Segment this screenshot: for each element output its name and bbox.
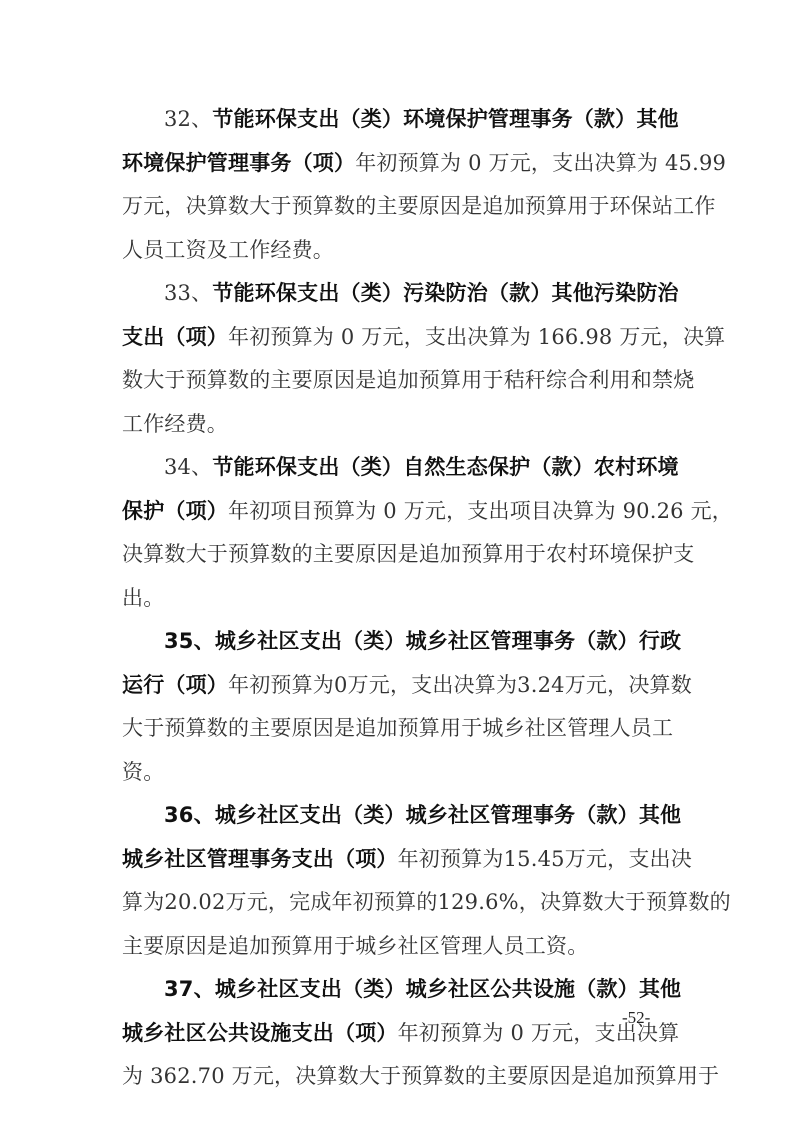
text-line: 35、城乡社区支出（类）城乡社区管理事务（款）行政	[122, 620, 664, 664]
text-line: 城乡社区公共设施支出（项）年初预算为 0 万元，支出决算	[122, 1012, 664, 1056]
body-text: 32、	[164, 107, 212, 131]
text-line: 决算数大于预算数的主要原因是追加预算用于农村环境保护支	[122, 533, 664, 577]
body-text: 数大于预算数的主要原因是追加预算用于秸秆综合利用和禁烧	[122, 368, 694, 392]
body-text: 主要原因是追加预算用于城乡社区管理人员工资。	[122, 934, 588, 958]
paragraph-item-37: 37、城乡社区支出（类）城乡社区公共设施（款）其他城乡社区公共设施支出（项）年初…	[122, 968, 664, 1099]
heading-text: 36、城乡社区支出（类）城乡社区管理事务（款）其他	[164, 803, 681, 827]
heading-text: 节能环保支出（类）自然生态保护（款）农村环境	[212, 455, 678, 479]
body-text: 人员工资及工作经费。	[122, 238, 334, 262]
text-line: 32、节能环保支出（类）环境保护管理事务（款）其他	[122, 98, 664, 142]
text-line: 算为20.02万元，完成年初预算的129.6%，决算数大于预算数的	[122, 881, 664, 925]
heading-text: 保护（项）	[122, 499, 228, 523]
text-line: 支出（项）年初预算为 0 万元，支出决算为 166.98 万元，决算	[122, 316, 664, 360]
body-text: 年初预算为0万元，支出决算为3.24万元，决算数	[228, 673, 692, 697]
paragraph-item-33: 33、节能环保支出（类）污染防治（款）其他污染防治支出（项）年初预算为 0 万元…	[122, 272, 664, 446]
text-line: 大于预算数的主要原因是追加预算用于城乡社区管理人员工	[122, 707, 664, 751]
body-text: 34、	[164, 455, 212, 479]
body-text: 年初项目预算为 0 万元，支出项目决算为 90.26 元，	[228, 499, 733, 523]
body-text: 决算数大于预算数的主要原因是追加预算用于农村环境保护支	[122, 542, 694, 566]
text-line: 主要原因是追加预算用于城乡社区管理人员工资。	[122, 925, 664, 969]
text-line: 出。	[122, 577, 664, 621]
paragraph-item-36: 36、城乡社区支出（类）城乡社区管理事务（款）其他城乡社区管理事务支出（项）年初…	[122, 794, 664, 968]
body-text: 33、	[164, 281, 212, 305]
body-text: 工作经费。	[122, 412, 228, 436]
body-text: 万元，决算数大于预算数的主要原因是追加预算用于环保站工作	[122, 194, 716, 218]
heading-text: 城乡社区管理事务支出（项）	[122, 847, 398, 871]
heading-text: 支出（项）	[122, 325, 228, 349]
text-line: 37、城乡社区支出（类）城乡社区公共设施（款）其他	[122, 968, 664, 1012]
heading-text: 节能环保支出（类）污染防治（款）其他污染防治	[212, 281, 678, 305]
text-line: 数大于预算数的主要原因是追加预算用于秸秆综合利用和禁烧	[122, 359, 664, 403]
heading-text: 节能环保支出（类）环境保护管理事务（款）其他	[212, 107, 678, 131]
body-text: 算为20.02万元，完成年初预算的129.6%，决算数大于预算数的	[122, 890, 731, 914]
text-line: 33、节能环保支出（类）污染防治（款）其他污染防治	[122, 272, 664, 316]
body-text: 年初预算为 0 万元，支出决算为 45.99	[355, 151, 726, 175]
text-line: 运行（项）年初预算为0万元，支出决算为3.24万元，决算数	[122, 664, 664, 708]
heading-text: 运行（项）	[122, 673, 228, 697]
text-line: 万元，决算数大于预算数的主要原因是追加预算用于环保站工作	[122, 185, 664, 229]
paragraph-item-35: 35、城乡社区支出（类）城乡社区管理事务（款）行政运行（项）年初预算为0万元，支…	[122, 620, 664, 794]
text-line: 36、城乡社区支出（类）城乡社区管理事务（款）其他	[122, 794, 664, 838]
heading-text: 37、城乡社区支出（类）城乡社区公共设施（款）其他	[164, 977, 681, 1001]
text-line: 保护（项）年初项目预算为 0 万元，支出项目决算为 90.26 元，	[122, 490, 664, 534]
heading-text: 环境保护管理事务（项）	[122, 151, 355, 175]
text-line: 人员工资及工作经费。	[122, 229, 664, 273]
document-body: 32、节能环保支出（类）环境保护管理事务（款）其他环境保护管理事务（项）年初预算…	[122, 98, 664, 1099]
document-page: 32、节能环保支出（类）环境保护管理事务（款）其他环境保护管理事务（项）年初预算…	[0, 0, 793, 1122]
body-text: 出。	[122, 586, 164, 610]
paragraph-item-32: 32、节能环保支出（类）环境保护管理事务（款）其他环境保护管理事务（项）年初预算…	[122, 98, 664, 272]
text-line: 环境保护管理事务（项）年初预算为 0 万元，支出决算为 45.99	[122, 142, 664, 186]
heading-text: 城乡社区公共设施支出（项）	[122, 1021, 398, 1045]
body-text: 年初预算为 0 万元，支出决算为 166.98 万元，决算	[228, 325, 725, 349]
text-line: 工作经费。	[122, 403, 664, 447]
body-text: 为 362.70 万元，决算数大于预算数的主要原因是追加预算用于	[122, 1064, 719, 1088]
page-number: -52-	[622, 1008, 650, 1028]
body-text: 资。	[122, 760, 164, 784]
heading-text: 35、城乡社区支出（类）城乡社区管理事务（款）行政	[164, 629, 681, 653]
paragraph-item-34: 34、节能环保支出（类）自然生态保护（款）农村环境保护（项）年初项目预算为 0 …	[122, 446, 664, 620]
text-line: 资。	[122, 751, 664, 795]
text-line: 34、节能环保支出（类）自然生态保护（款）农村环境	[122, 446, 664, 490]
text-line: 为 362.70 万元，决算数大于预算数的主要原因是追加预算用于	[122, 1055, 664, 1099]
body-text: 年初预算为15.45万元，支出决	[398, 847, 692, 871]
body-text: 大于预算数的主要原因是追加预算用于城乡社区管理人员工	[122, 716, 673, 740]
text-line: 城乡社区管理事务支出（项）年初预算为15.45万元，支出决	[122, 838, 664, 882]
